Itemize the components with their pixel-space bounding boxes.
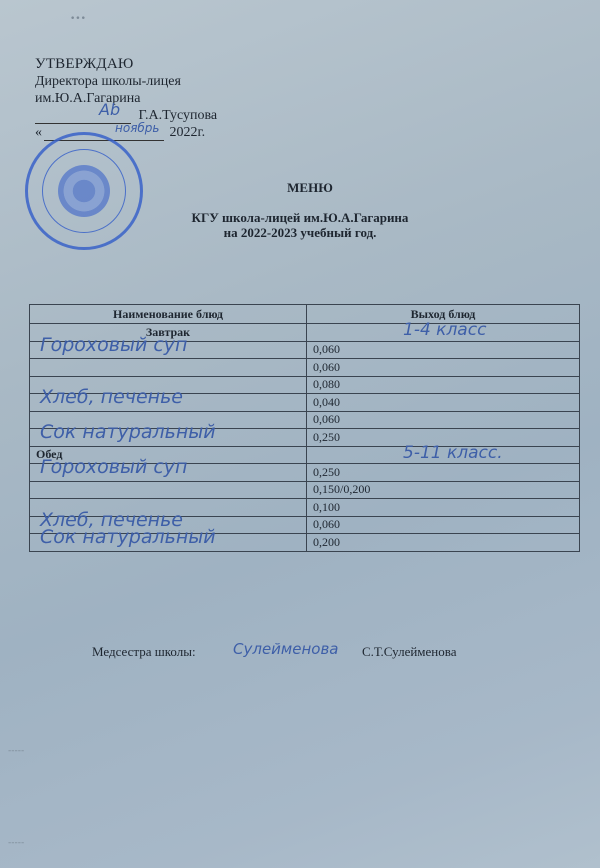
output-value: 0,250 [307,464,580,482]
table-row: 0,060 [30,359,580,377]
approval-block: УТВЕРЖДАЮ Директора школы-лицея им.Ю.А.Г… [35,56,217,141]
dish-cell [30,359,307,377]
dish-cell [30,481,307,499]
dish-cell: Сок натуральный [30,534,307,552]
dish-name: Гороховый суп [40,456,187,478]
table-row: Хлеб, печенье0,040 [30,394,580,412]
dish-cell: Хлеб, печенье [30,394,307,412]
nurse-name: С.Т.Сулейменова [362,644,457,660]
date-handwritten: ноябрь [115,120,160,137]
table-header-row: Наименование блюд Выход блюд [30,305,580,324]
dish-cell: Сок натуральный [30,429,307,447]
output-value: 0,060 [307,411,580,429]
table-row: 0,150/0,200 [30,481,580,499]
class-note: 1-4 класс [313,320,486,340]
class-note-cell: 5-11 класс. [307,446,580,464]
dish-cell: Гороховый суп [30,341,307,359]
paper-mark: ----- [8,746,24,756]
date-open-quote: « [35,125,42,140]
title-org: КГУ школа-лицей им.Ю.А.Гагарина [150,210,450,226]
official-stamp [25,132,143,250]
table-row: Сок натуральный0,200 [30,534,580,552]
dish-name: Сок натуральный [40,421,216,443]
output-value: 0,060 [307,359,580,377]
output-value: 0,150/0,200 [307,481,580,499]
output-value: 0,080 [307,376,580,394]
paper-mark: ----- [8,838,24,848]
menu-table: Наименование блюд Выход блюд Завтрак1-4 … [29,304,580,552]
nurse-role: Медсестра школы: [92,644,196,660]
nurse-signature: Сулейменова [233,640,338,658]
director-signature: Ab [99,101,120,118]
dish-name: Сок натуральный [40,526,216,548]
dish-cell: Гороховый суп [30,464,307,482]
state-emblem-icon [58,165,110,217]
dish-name: Гороховый суп [40,334,187,356]
approval-school: им.Ю.А.Гагарина [35,90,217,107]
title-main: МЕНЮ [270,180,350,196]
output-value: 0,060 [307,341,580,359]
date-year: 2022г. [170,125,206,140]
class-note: 5-11 класс. [313,443,503,463]
class-note-cell: 1-4 класс [307,324,580,342]
table-row: Гороховый суп0,250 [30,464,580,482]
output-value: 0,060 [307,516,580,534]
approval-heading: УТВЕРЖДАЮ [35,56,217,73]
dish-name: Хлеб, печенье [40,386,183,408]
approval-position: Директора школы-лицея [35,73,217,90]
table-row: Гороховый суп0,060 [30,341,580,359]
output-value: 0,200 [307,534,580,552]
column-header-dish: Наименование блюд [30,305,307,324]
title-period: на 2022-2023 учебный год. [150,225,450,241]
output-value: 0,040 [307,394,580,412]
paper-mark: ••• [70,14,86,24]
output-value: 0,100 [307,499,580,517]
